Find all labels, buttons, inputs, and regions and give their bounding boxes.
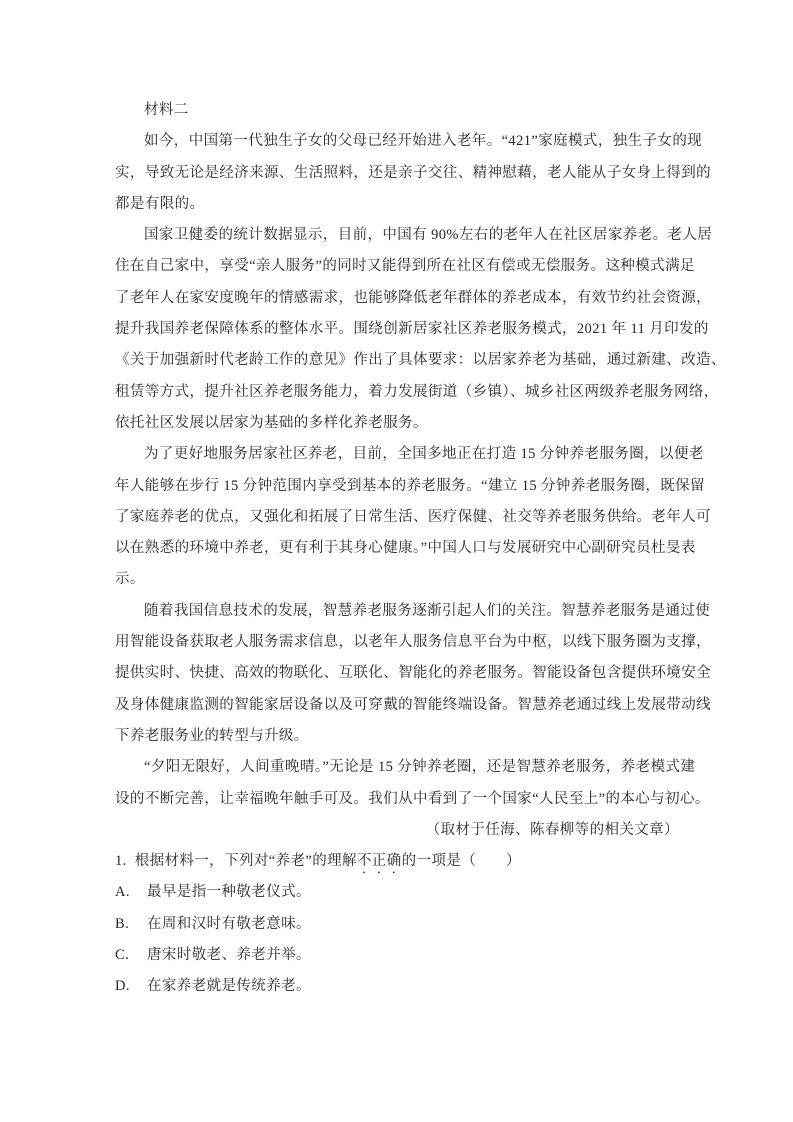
text-line: 年人能够在步行 15 分钟范围内享受到基本的养老服务。“建立 15 分钟养老服务… (115, 471, 679, 502)
text-line: 提升我国养老保障体系的整体水平。围绕创新居家社区养老服务模式，2021 年 11… (115, 314, 679, 345)
text-line: 国家卫健委的统计数据显示，目前，中国有 90%左右的老年人在社区居家养老。老人居 (115, 220, 679, 251)
document-body: 材料二 如今，中国第一代独生子女的父母已经开始进入老年。“421”家庭模式，独生… (115, 95, 679, 1003)
text-line: 如今，中国第一代独生子女的父母已经开始进入老年。“421”家庭模式，独生子女的现 (115, 126, 679, 157)
text-line: 用智能设备获取老人服务需求信息，以老年人服务信息平台为中枢，以线下服务圈为支撑， (115, 627, 679, 658)
option-text: 最早是指一种敬老仪式。 (147, 877, 679, 908)
document-page: 材料二 如今，中国第一代独生子女的父母已经开始进入老年。“421”家庭模式，独生… (0, 0, 793, 1122)
paragraph: 随着我国信息技术的发展，智慧养老服务逐渐引起人们的关注。智慧养老服务是通过使用智… (115, 596, 679, 752)
paragraph: 为了更好地服务居家社区养老，目前，全国多地正在打造 15 分钟养老服务圈，以便老… (115, 439, 679, 595)
option-text: 唐宋时敬老、养老并举。 (147, 940, 679, 971)
text-line: 示。 (115, 564, 679, 595)
option-label: D. (115, 971, 147, 1002)
text-line: 以在熟悉的环境中养老，更有利于其身心健康。”中国人口与发展研究中心副研究员杜旻表 (115, 533, 679, 564)
text-line: “夕阳无限好，人间重晚晴。”无论是 15 分钟养老圈，还是智慧养老服务，养老模式… (115, 752, 679, 783)
text-line: 及身体健康监测的智能家居设备以及可穿戴的智能终端设备。智慧养老通过线上发展带动线 (115, 690, 679, 721)
paragraph: “夕阳无限好，人间重晚晴。”无论是 15 分钟养老圈，还是智慧养老服务，养老模式… (115, 752, 679, 815)
option-b: B.在周和汉时有敬老意味。 (115, 909, 679, 940)
question-options: A.最早是指一种敬老仪式。B.在周和汉时有敬老意味。C.唐宋时敬老、养老并举。D… (115, 877, 679, 1002)
text-line: 都是有限的。 (115, 189, 679, 220)
question-text-pre: 根据材料一，下列对“养老”的理解 (135, 853, 357, 869)
material-heading: 材料二 (115, 95, 679, 126)
option-d: D.在家养老就是传统养老。 (115, 971, 679, 1002)
material-paragraphs: 如今，中国第一代独生子女的父母已经开始进入老年。“421”家庭模式，独生子女的现… (115, 126, 679, 815)
text-line: 随着我国信息技术的发展，智慧养老服务逐渐引起人们的关注。智慧养老服务是通过使 (115, 596, 679, 627)
question-1: 1.根据材料一，下列对“养老”的理解不正确的一项是（ ） (115, 846, 679, 877)
text-line: 《关于加强新时代老龄工作的意见》作出了具体要求：以居家养老为基础，通过新建、改造… (115, 345, 679, 376)
paragraph: 如今，中国第一代独生子女的父母已经开始进入老年。“421”家庭模式，独生子女的现… (115, 126, 679, 220)
question-text-post: 的一项是（ ） (402, 853, 521, 869)
text-line: 租赁等方式，提升社区养老服务能力，着力发展街道（乡镇）、城乡社区两级养老服务网络… (115, 377, 679, 408)
question-number: 1. (115, 853, 127, 869)
text-line: 下养老服务业的转型与升级。 (115, 721, 679, 752)
text-line: 设的不断完善，让幸福晚年触手可及。我们从中看到了一个国家“人民至上”的本心与初心… (115, 784, 679, 815)
paragraph: 国家卫健委的统计数据显示，目前，中国有 90%左右的老年人在社区居家养老。老人居… (115, 220, 679, 439)
question-emphasized-text: 不正确 (357, 853, 402, 869)
text-line: 了老年人在家安度晚年的情感需求，也能够降低老年群体的养老成本，有效节约社会资源， (115, 283, 679, 314)
text-line: 住在自己家中，享受“亲人服务”的同时又能得到所在社区有偿或无偿服务。这种模式满足 (115, 251, 679, 282)
option-a: A.最早是指一种敬老仪式。 (115, 877, 679, 908)
text-line: 依托社区发展以居家为基础的多样化养老服务。 (115, 408, 679, 439)
option-label: C. (115, 940, 147, 971)
text-line: 为了更好地服务居家社区养老，目前，全国多地正在打造 15 分钟养老服务圈，以便老 (115, 439, 679, 470)
option-c: C.唐宋时敬老、养老并举。 (115, 940, 679, 971)
source-attribution: （取材于任海、陈春柳等的相关文章） (115, 815, 679, 846)
option-text: 在周和汉时有敬老意味。 (147, 909, 679, 940)
text-line: 提供实时、快捷、高效的物联化、互联化、智能化的养老服务。智能设备包含提供环境安全 (115, 658, 679, 689)
option-label: B. (115, 909, 147, 940)
text-line: 了家庭养老的优点，又强化和拓展了日常生活、医疗保健、社交等养老服务供给。老年人可 (115, 502, 679, 533)
option-label: A. (115, 877, 147, 908)
option-text: 在家养老就是传统养老。 (147, 971, 679, 1002)
text-line: 实，导致无论是经济来源、生活照料，还是亲子交往、精神慰藉，老人能从子女身上得到的 (115, 158, 679, 189)
